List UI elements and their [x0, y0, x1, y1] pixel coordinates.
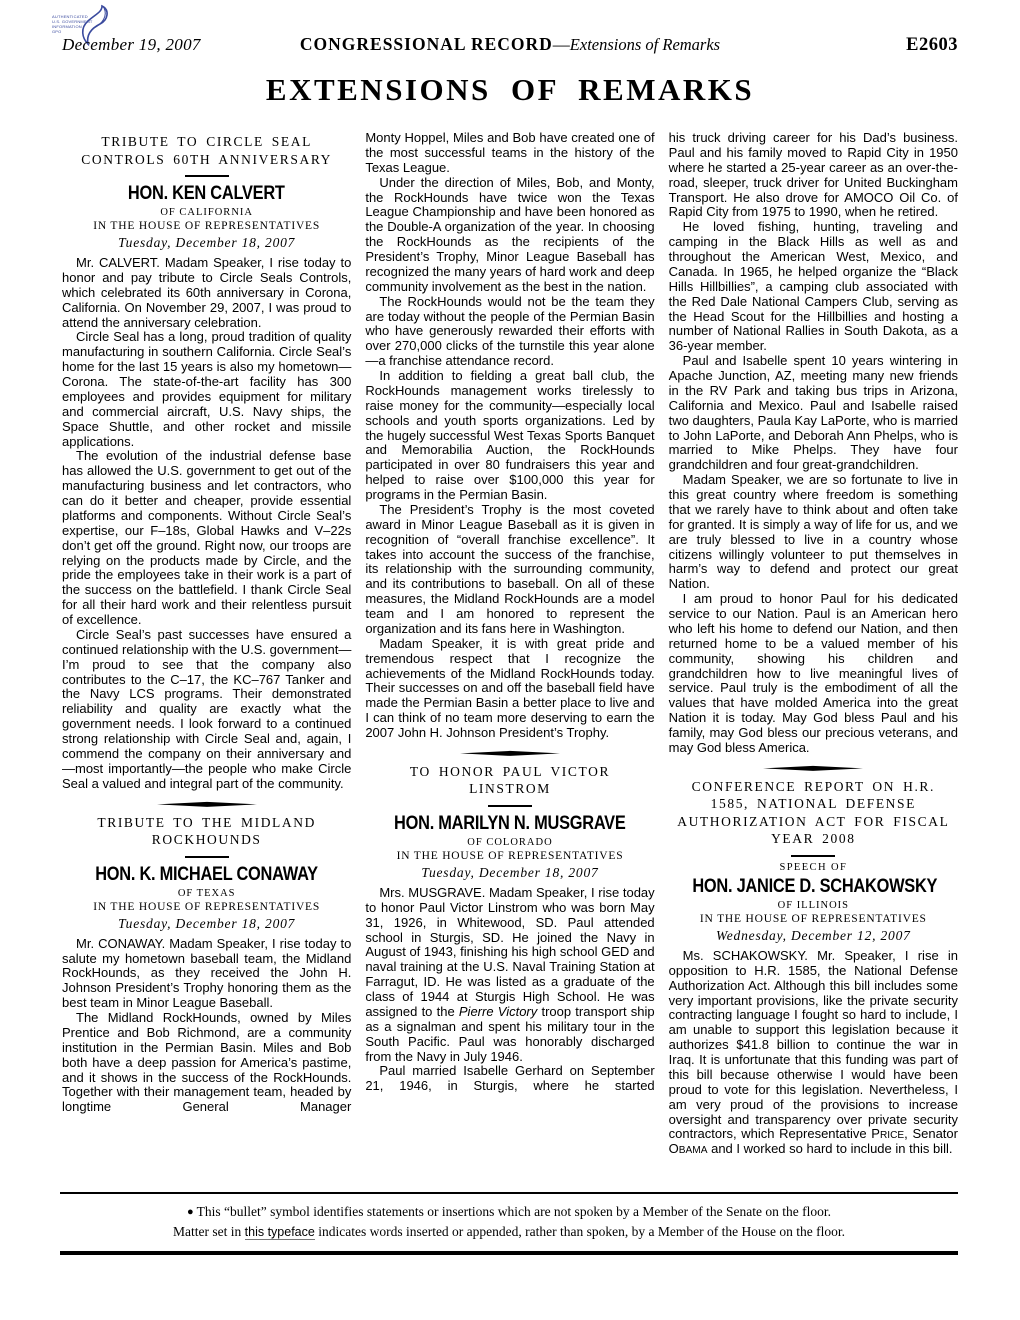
body-paragraph: The RockHounds would not be the team the…	[365, 295, 654, 369]
speech-date: Tuesday, December 18, 2007	[62, 235, 351, 251]
body-paragraph: Circle Seal’s past successes have ensure…	[62, 628, 351, 792]
body-paragraph: Paul married Isabelle Gerhard on Septemb…	[365, 1064, 654, 1094]
column-1: TRIBUTE TO CIRCLE SEAL CONTROLS 60TH ANN…	[62, 131, 351, 1157]
running-head: December 19, 2007 CONGRESSIONAL RECORD—E…	[62, 34, 958, 56]
typeface-note-suffix: indicates words inserted or appended, ra…	[315, 1224, 845, 1239]
article-columns: TRIBUTE TO CIRCLE SEAL CONTROLS 60TH ANN…	[62, 131, 958, 1157]
typeface-footnote: Matter set in this typeface indicates wo…	[66, 1222, 952, 1242]
masthead: CONGRESSIONAL RECORD—Extensions of Remar…	[300, 34, 720, 55]
body-paragraph: Paul and Isabelle spent 10 years winteri…	[669, 354, 958, 473]
article-title: CONFERENCE REPORT ON H.R. 1585, NATIONAL…	[669, 778, 958, 848]
congressional-record-page: AUTHENTICATED U.S. GOVERNMENT INFORMATIO…	[0, 0, 1020, 1320]
member-state: OF COLORADO	[365, 837, 654, 848]
body-paragraph: Mrs. MUSGRAVE. Madam Speaker, I rise tod…	[365, 886, 654, 1065]
body-paragraph: Under the direction of Miles, Bob, and M…	[365, 176, 654, 295]
member-name: HON. KEN CALVERT	[62, 182, 351, 205]
issue-date: December 19, 2007	[62, 35, 300, 55]
body-paragraph: Monty Hoppel, Miles and Bob have created…	[365, 131, 654, 176]
body-paragraph: The Midland RockHounds, owned by Miles P…	[62, 1011, 351, 1115]
masthead-section: Extensions of Remarks	[570, 35, 720, 54]
body-paragraph: He loved fishing, hunting, traveling and…	[669, 220, 958, 354]
page-number: E2603	[720, 35, 958, 56]
speech-date: Tuesday, December 18, 2007	[365, 865, 654, 881]
body-paragraph: Mr. CALVERT. Madam Speaker, I rise today…	[62, 256, 351, 330]
footnote-box: ●This “bullet” symbol identifies stateme…	[60, 1192, 958, 1255]
speech-date: Wednesday, December 12, 2007	[669, 928, 958, 944]
chamber-line: IN THE HOUSE OF REPRESENTATIVES	[62, 901, 351, 913]
title-rule	[488, 805, 532, 807]
body-paragraph: I am proud to honor Paul for his dedicat…	[669, 592, 958, 756]
title-rule	[791, 855, 835, 857]
masthead-dash: —	[553, 35, 570, 54]
article-separator	[62, 801, 351, 808]
article-title: TRIBUTE TO THE MIDLAND ROCKHOUNDS	[62, 814, 351, 849]
member-name: HON. MARILYN N. MUSGRAVE	[365, 812, 654, 835]
chamber-line: IN THE HOUSE OF REPRESENTATIVES	[669, 913, 958, 925]
article-title: TO HONOR PAUL VICTOR LINSTROM	[365, 763, 654, 798]
typeface-sample: this typeface	[245, 1225, 315, 1240]
title-rule	[185, 175, 229, 177]
column-2: Monty Hoppel, Miles and Bob have created…	[365, 131, 654, 1157]
body-paragraph: The President’s Trophy is the most covet…	[365, 503, 654, 637]
body-paragraph: The evolution of the industrial defense …	[62, 449, 351, 628]
member-state: OF ILLINOIS	[669, 900, 958, 911]
member-state: OF CALIFORNIA	[62, 207, 351, 218]
swelled-rule-icon	[460, 750, 560, 757]
speech-date: Tuesday, December 18, 2007	[62, 916, 351, 932]
bullet-footnote: ●This “bullet” symbol identifies stateme…	[66, 1202, 952, 1222]
article-title: TRIBUTE TO CIRCLE SEAL CONTROLS 60TH ANN…	[62, 133, 351, 168]
body-paragraph: Circle Seal has a long, proud tradition …	[62, 330, 351, 449]
body-paragraph: his truck driving career for his Dad’s b…	[669, 131, 958, 220]
page-title: EXTENSIONS OF REMARKS	[0, 72, 1020, 108]
article-separator	[669, 765, 958, 772]
bullet-footnote-text: This “bullet” symbol identifies statemen…	[197, 1204, 831, 1219]
member-name: HON. K. MICHAEL CONAWAY	[62, 863, 351, 886]
swelled-rule-icon	[763, 765, 863, 772]
body-paragraph: In addition to fielding a great ball clu…	[365, 369, 654, 503]
body-paragraph: Ms. SCHAKOWSKY. Mr. Speaker, I rise in o…	[669, 949, 958, 1157]
member-name: HON. JANICE D. SCHAKOWSKY	[669, 875, 958, 898]
masthead-title: CONGRESSIONAL RECORD	[300, 34, 553, 54]
column-3: his truck driving career for his Dad’s b…	[669, 131, 958, 1157]
member-state: OF TEXAS	[62, 888, 351, 899]
speech-of-label: SPEECH OF	[669, 862, 958, 873]
body-paragraph: Madam Speaker, we are so fortunate to li…	[669, 473, 958, 592]
swelled-rule-icon	[157, 801, 257, 808]
body-paragraph: Mr. CONAWAY. Madam Speaker, I rise today…	[62, 937, 351, 1011]
bullet-icon: ●	[187, 1206, 197, 1218]
chamber-line: IN THE HOUSE OF REPRESENTATIVES	[62, 220, 351, 232]
chamber-line: IN THE HOUSE OF REPRESENTATIVES	[365, 850, 654, 862]
title-rule	[185, 856, 229, 858]
body-paragraph: Madam Speaker, it is with great pride an…	[365, 637, 654, 741]
article-separator	[365, 750, 654, 757]
typeface-note-prefix: Matter set in	[173, 1224, 245, 1239]
